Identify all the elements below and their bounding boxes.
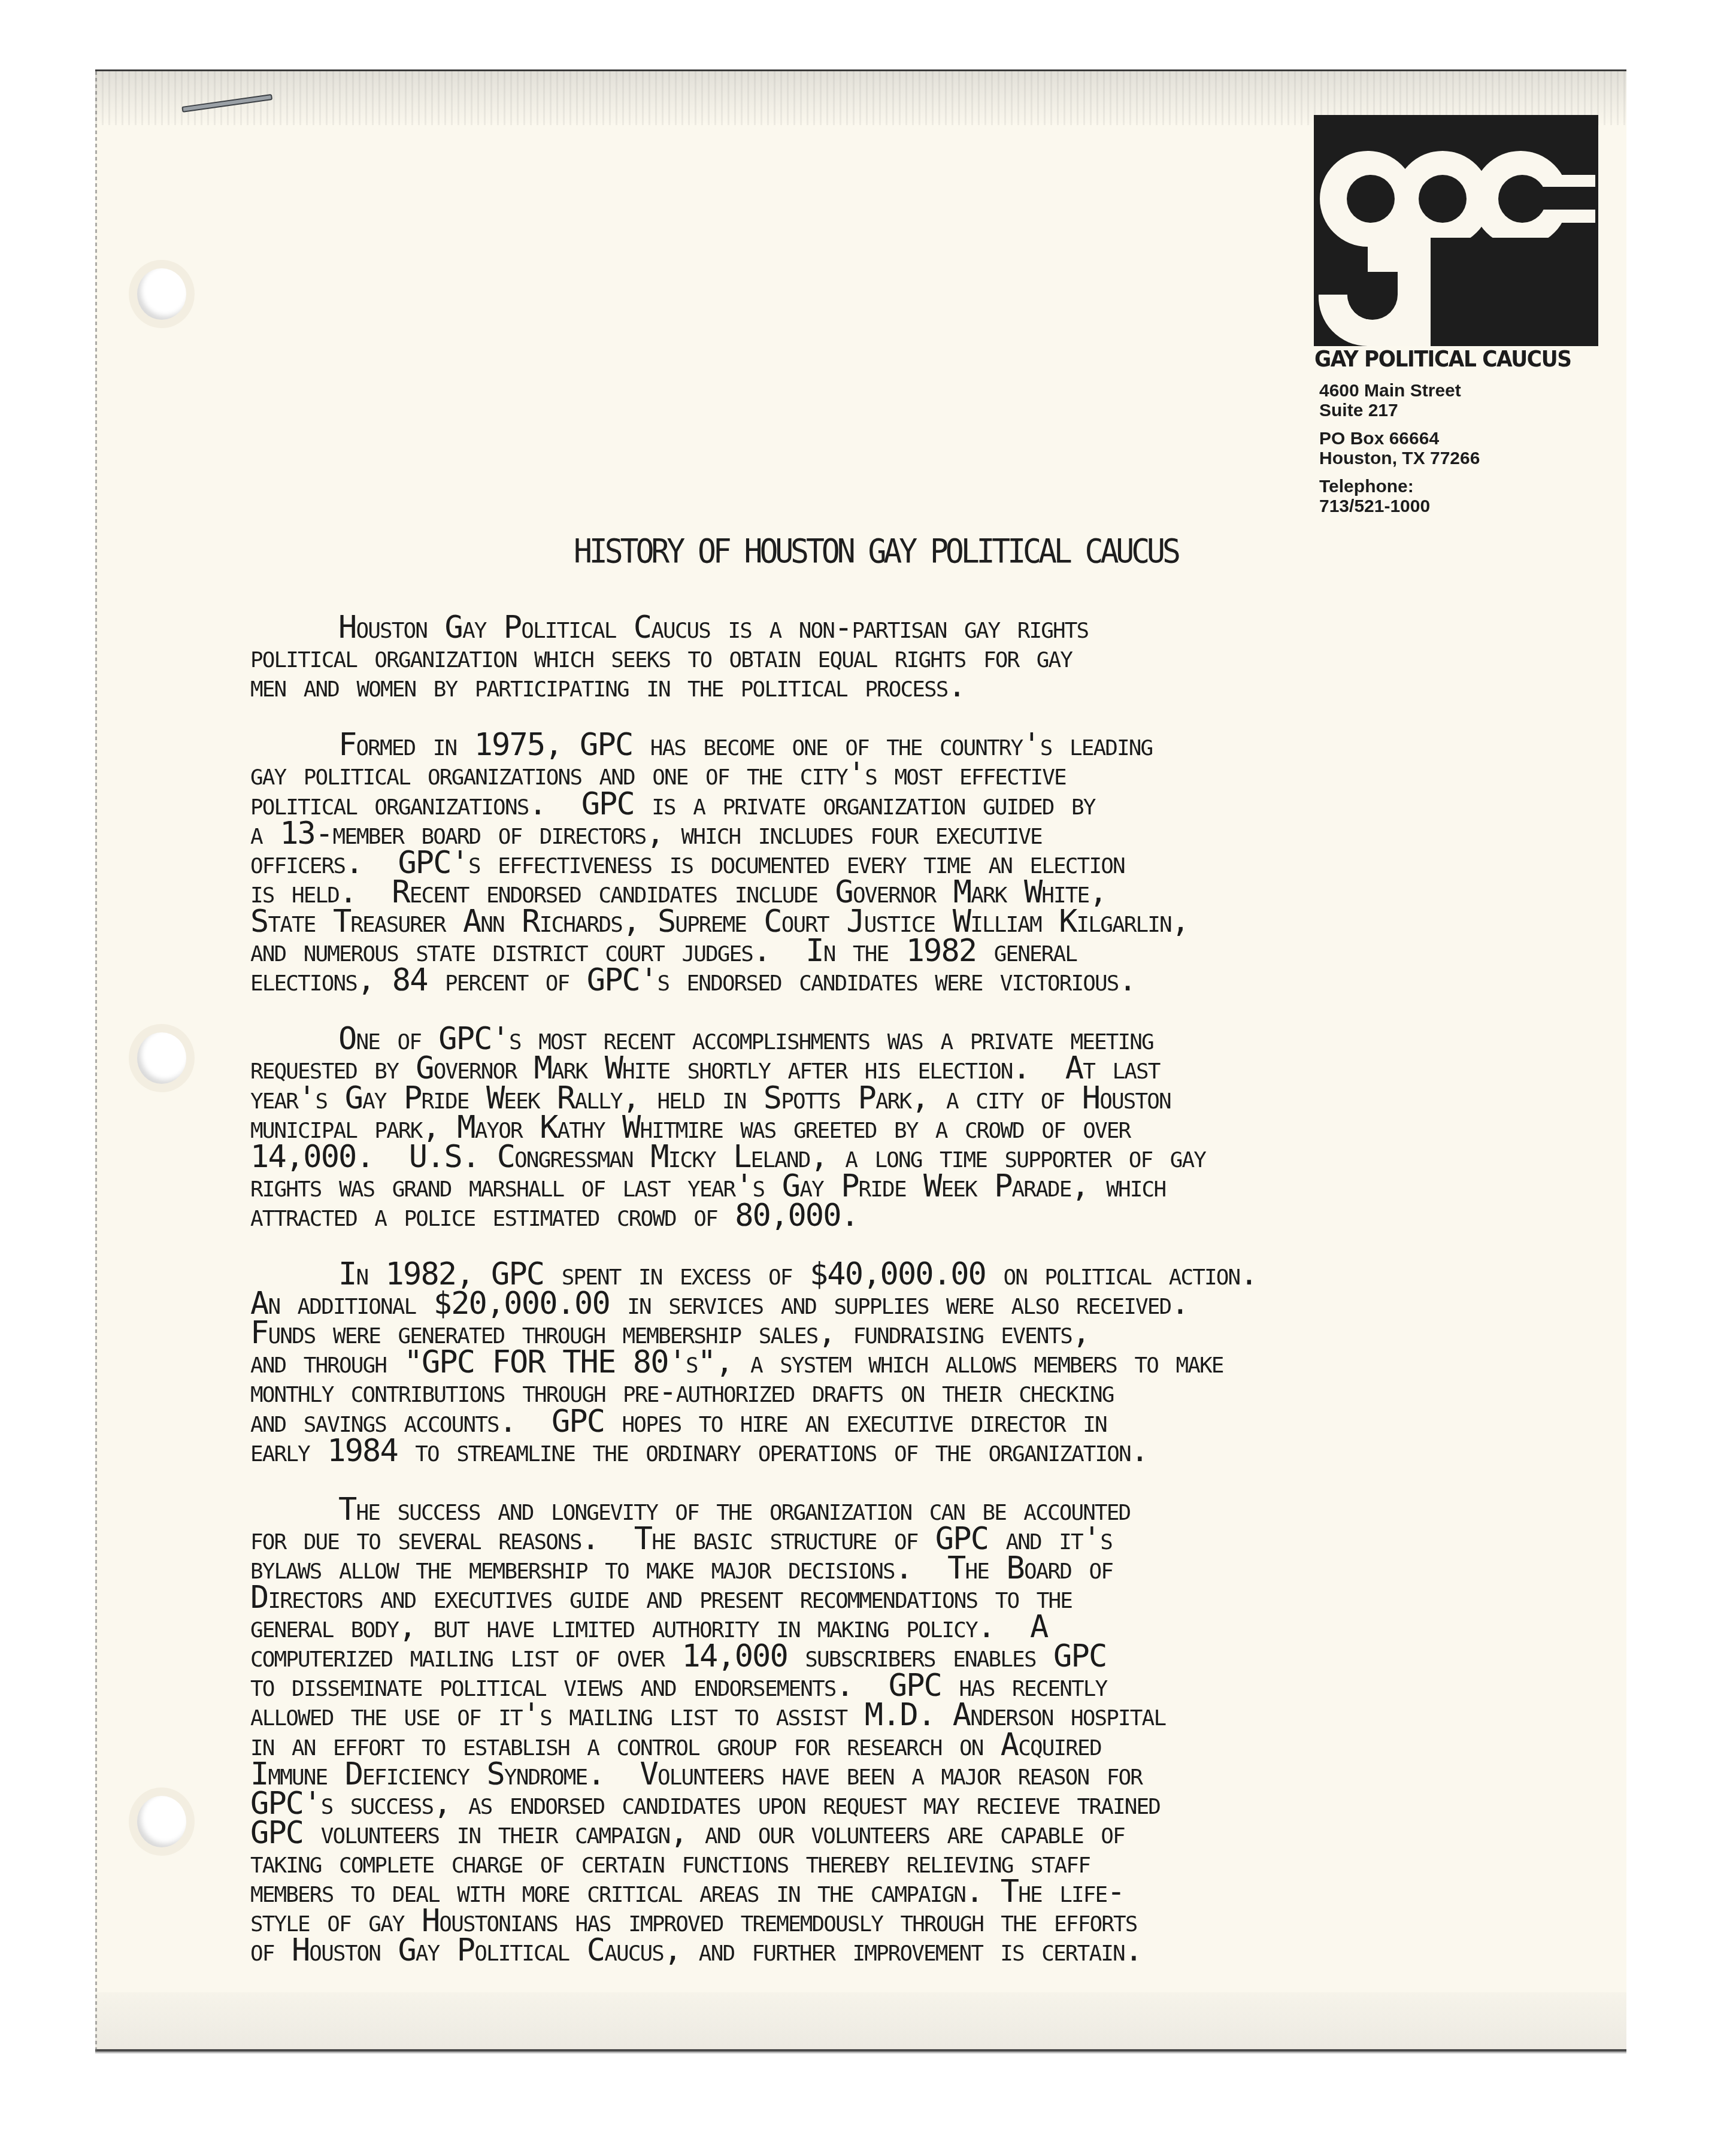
text-line: year's Gay Pride Week Rally, held in Spo… (250, 1084, 1538, 1113)
text-line: to disseminate political views and endor… (250, 1671, 1538, 1701)
text-line: The success and longevity of the organiz… (250, 1495, 1538, 1525)
text-line: attracted a police estimated crowd of 80… (250, 1201, 1538, 1231)
text-line: Immune Deficiency Syndrome. Volunteers h… (250, 1760, 1538, 1789)
body-paragraph: One of GPC's most recent accomplishments… (250, 1025, 1538, 1231)
text-line: Funds were generated through membership … (250, 1319, 1538, 1348)
text-line: requested by Governor Mark White shortly… (250, 1054, 1538, 1083)
text-line: 14,000. U.S. Congressman Micky Leland, a… (250, 1143, 1538, 1172)
text-line: allowed the use of it's mailing list to … (250, 1701, 1538, 1730)
telephone-label: Telephone: (1319, 477, 1480, 496)
address-suite: Suite 217 (1319, 401, 1480, 420)
text-line: bylaws allow the membership to make majo… (250, 1554, 1538, 1583)
body-paragraph: Houston Gay Political Caucus is a non-pa… (250, 613, 1538, 701)
text-line: In 1982, GPC spent in excess of $40,000.… (250, 1260, 1538, 1289)
text-line: of Houston Gay Political Caucus, and fur… (250, 1936, 1538, 1965)
org-name: GAY POLITICAL CAUCUS (1314, 346, 1582, 372)
text-line: and through "GPC FOR THE 80's", a system… (250, 1348, 1538, 1377)
text-line: An additional $20,000.00 in services and… (250, 1289, 1538, 1319)
text-line: State Treasurer Ann Richards, Supreme Co… (250, 907, 1538, 937)
text-line: Directors and executives guide and prese… (250, 1583, 1538, 1613)
text-line: One of GPC's most recent accomplishments… (250, 1025, 1538, 1054)
text-line: monthly contributions through pre-author… (250, 1377, 1538, 1407)
binder-hole-icon (137, 1032, 186, 1084)
gpc-logo-icon (1314, 115, 1598, 346)
text-line: computerized mailing list of over 14,000… (250, 1642, 1538, 1671)
text-line: general body, but have limited authority… (250, 1613, 1538, 1642)
text-line: and savings accounts. GPC hopes to hire … (250, 1407, 1538, 1437)
body-paragraph: In 1982, GPC spent in excess of $40,000.… (250, 1260, 1538, 1466)
text-line: a 13-member board of directors, which in… (250, 819, 1538, 849)
binder-hole-icon (137, 268, 186, 320)
text-line: Houston Gay Political Caucus is a non-pa… (250, 613, 1538, 643)
binder-hole-icon (137, 1796, 186, 1847)
text-line: elections, 84 percent of GPC's endorsed … (250, 966, 1538, 995)
text-line: taking complete charge of certain functi… (250, 1848, 1538, 1877)
document-body: Houston Gay Political Caucus is a non-pa… (250, 613, 1538, 1995)
text-line: early 1984 to streamline the ordinary op… (250, 1437, 1538, 1466)
text-line: men and women by participating in the po… (250, 672, 1538, 701)
text-line: political organization which seeks to ob… (250, 643, 1538, 672)
text-line: rights was grand marshall of last year's… (250, 1172, 1538, 1201)
address-city-state-zip: Houston, TX 77266 (1319, 449, 1480, 468)
address-po-box: PO Box 66664 (1319, 429, 1480, 449)
text-line: in an effort to establish a control grou… (250, 1731, 1538, 1760)
address-street: 4600 Main Street (1319, 381, 1480, 401)
text-line: for due to several reasons. The basic st… (250, 1525, 1538, 1554)
page-edge-shadow (95, 71, 97, 2052)
letterhead-address: 4600 Main Street Suite 217 PO Box 66664 … (1319, 381, 1480, 525)
telephone-number: 713/521-1000 (1319, 496, 1480, 516)
body-paragraph: The success and longevity of the organiz… (250, 1495, 1538, 1966)
text-line: gay political organizations and one of t… (250, 760, 1538, 789)
text-line: political organizations. GPC is a privat… (250, 790, 1538, 819)
text-line: members to deal with more critical areas… (250, 1877, 1538, 1907)
text-line: style of gay Houstonians has improved tr… (250, 1907, 1538, 1936)
text-line: GPC volunteers in their campaign, and ou… (250, 1819, 1538, 1848)
text-line: officers. GPC's effectiveness is documen… (250, 849, 1538, 878)
text-line: Formed in 1975, GPC has become one of th… (250, 731, 1538, 760)
document-title: HISTORY OF HOUSTON GAY POLITICAL CAUCUS (574, 535, 1178, 568)
text-line: GPC's success, as endorsed candidates up… (250, 1789, 1538, 1819)
text-line: and numerous state district court judges… (250, 937, 1538, 966)
text-line: is held. Recent endorsed candidates incl… (250, 878, 1538, 907)
text-line: municipal park, Mayor Kathy Whitmire was… (250, 1113, 1538, 1143)
body-paragraph: Formed in 1975, GPC has become one of th… (250, 731, 1538, 995)
